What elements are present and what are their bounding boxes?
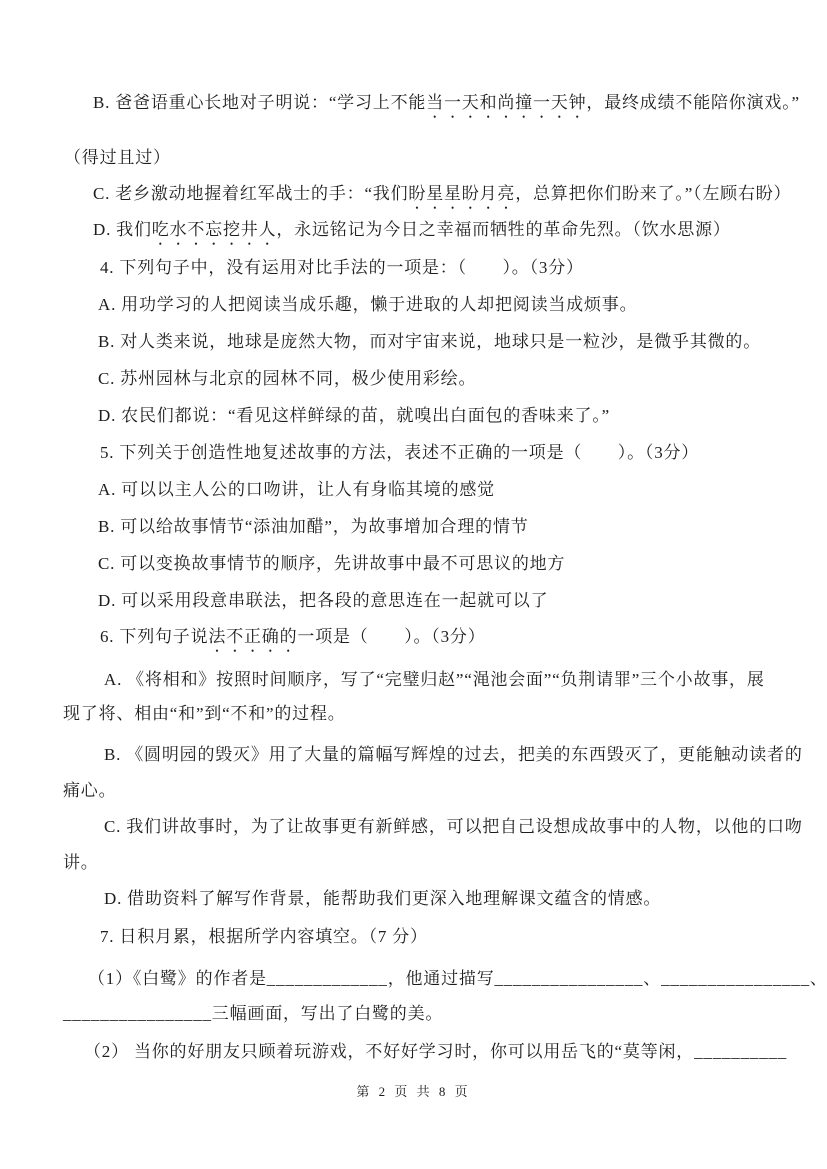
q5-option-c: C. 可以变换故事情节的顺序，先讲故事中最不可思议的地方 <box>98 553 565 575</box>
q7-item1-line1: （1）《白鹭》的作者是_____________，他通过描写__________… <box>88 968 827 990</box>
text-segment: A. 用功学习的人把阅读当成乐趣，懒于进取的人却把阅读当成烦事。 <box>98 295 637 314</box>
text-segment: D. 可以采用段意串联法，把各段的意思连在一起就可以了 <box>98 591 548 610</box>
emphasized-segment: 当一天和尚撞一天钟 <box>426 93 586 118</box>
text-segment: ，永远铭记为今日之幸福而牺牲的革命先烈。（饮水思源） <box>276 220 730 239</box>
text-segment: （得过且过） <box>64 148 171 167</box>
q4-option-a: A. 用功学习的人把阅读当成乐趣，懒于进取的人却把阅读当成烦事。 <box>98 294 637 316</box>
text-segment: B. 可以给故事情节“添油加醋”，为故事增加合理的情节 <box>98 517 529 536</box>
q4-option-c: C. 苏州园林与北京的园林不同，极少使用彩绘。 <box>98 368 476 390</box>
exam-paper-page: B. 爸爸语重心长地对子明说：“学习上不能当一天和尚撞一天钟，最终成绩不能陪你演… <box>0 0 827 1169</box>
q3-option-d: D. 我们吃水不忘挖井人，永远铭记为今日之幸福而牺牲的革命先烈。（饮水思源） <box>93 219 731 249</box>
q5-option-d: D. 可以采用段意串联法，把各段的意思连在一起就可以了 <box>98 590 548 612</box>
q3-option-b-line2: （得过且过） <box>64 147 171 169</box>
text-segment: （1）《白鹭》的作者是_____________，他通过描写__________… <box>88 969 827 988</box>
q3-option-b-line1: B. 爸爸语重心长地对子明说：“学习上不能当一天和尚撞一天钟，最终成绩不能陪你演… <box>93 92 800 122</box>
text-segment: C. 我们讲故事时，为了让故事更有新鲜感，可以把自己设想成故事中的人物，以他的口… <box>104 817 803 836</box>
q7-item2: （2） 当你的好朋友只顾着玩游戏，不好好学习时，你可以用岳飞的“莫等闲，____… <box>84 1041 787 1063</box>
text-segment: ，最终成绩不能陪你演戏。” <box>586 93 799 112</box>
text-segment: C. 苏州园林与北京的园林不同，极少使用彩绘。 <box>98 369 476 388</box>
q4-option-b: B. 对人类来说，地球是庞然大物，而对宇宙来说，地球只是一粒沙，是微乎其微的。 <box>98 331 761 353</box>
emphasized-segment: 吃水不忘挖井人 <box>152 220 277 245</box>
text-segment: 一项是（ ）。（3分） <box>297 627 485 646</box>
q7-stem: 7. 日积月累，根据所学内容填空。（7 分） <box>100 926 428 948</box>
text-segment: A. 可以以主人公的口吻讲，让人有身临其境的感觉 <box>98 480 495 499</box>
q4-stem: 4. 下列句子中，没有运用对比手法的一项是：（ ）。（3分） <box>100 257 584 279</box>
text-segment: D. 借助资料了解写作背景，能帮助我们更深入地理解课文蕴含的情感。 <box>104 889 661 908</box>
q6-option-a-line2: 现了将、相由“和”到“不和”的过程。 <box>63 703 346 725</box>
emphasized-segment: 法不正确的 <box>208 627 297 652</box>
q5-stem: 5. 下列关于创造性地复述故事的方法，表述不正确的一项是（ ）。（3分） <box>100 442 699 464</box>
q3-option-c: C. 老乡激动地握着红军战士的手：“我们盼星星盼月亮，总算把你们盼来了。”（左顾… <box>93 183 791 213</box>
text-segment: C. 老乡激动地握着红军战士的手：“我们 <box>93 184 408 203</box>
text-segment: 6. 下列句子说 <box>100 627 208 646</box>
q6-stem: 6. 下列句子说法不正确的一项是（ ）。（3分） <box>100 626 486 656</box>
text-segment: 现了将、相由“和”到“不和”的过程。 <box>63 704 346 723</box>
page-footer: 第 2 页 共 8 页 <box>0 1081 827 1100</box>
text-segment: A. 《将相和》按照时间顺序，写了“完璧归赵”“渑池会面”“负荆请罪”三个小故事… <box>104 670 765 689</box>
q7-item1-line2: ________________三幅画面，写出了白鹭的美。 <box>63 1003 443 1025</box>
text-segment: 4. 下列句子中，没有运用对比手法的一项是：（ ）。（3分） <box>100 258 584 277</box>
text-segment: 痛心。 <box>63 781 116 800</box>
text-segment: （2） 当你的好朋友只顾着玩游戏，不好好学习时，你可以用岳飞的“莫等闲，____… <box>84 1042 787 1061</box>
q4-option-d: D. 农民们都说：“看见这样鲜绿的苗，就嗅出白面包的香味来了。” <box>98 405 610 427</box>
text-segment: ________________三幅画面，写出了白鹭的美。 <box>63 1004 443 1023</box>
q6-option-c-line1: C. 我们讲故事时，为了让故事更有新鲜感，可以把自己设想成故事中的人物，以他的口… <box>104 816 803 838</box>
text-segment: C. 可以变换故事情节的顺序，先讲故事中最不可思议的地方 <box>98 554 565 573</box>
q6-option-c-line2: 讲。 <box>63 852 99 874</box>
text-segment: B. 爸爸语重心长地对子明说：“学习上不能 <box>93 93 426 112</box>
q5-option-a: A. 可以以主人公的口吻讲，让人有身临其境的感觉 <box>98 479 495 501</box>
q5-option-b: B. 可以给故事情节“添油加醋”，为故事增加合理的情节 <box>98 516 529 538</box>
text-segment: D. 我们 <box>93 220 152 239</box>
text-segment: B. 对人类来说，地球是庞然大物，而对宇宙来说，地球只是一粒沙，是微乎其微的。 <box>98 332 761 351</box>
q6-option-b-line1: B. 《圆明园的毁灭》用了大量的篇幅写辉煌的过去，把美的东西毁灭了，更能触动读者… <box>104 744 803 766</box>
text-segment: 5. 下列关于创造性地复述故事的方法，表述不正确的一项是（ ）。（3分） <box>100 443 699 462</box>
text-segment: D. 农民们都说：“看见这样鲜绿的苗，就嗅出白面包的香味来了。” <box>98 406 610 425</box>
text-segment: 7. 日积月累，根据所学内容填空。（7 分） <box>100 927 428 946</box>
q6-option-d: D. 借助资料了解写作背景，能帮助我们更深入地理解课文蕴含的情感。 <box>104 888 661 910</box>
text-segment: ，总算把你们盼来了。”（左顾右盼） <box>515 184 791 203</box>
text-segment: B. 《圆明园的毁灭》用了大量的篇幅写辉煌的过去，把美的东西毁灭了，更能触动读者… <box>104 745 803 764</box>
q6-option-a-line1: A. 《将相和》按照时间顺序，写了“完璧归赵”“渑池会面”“负荆请罪”三个小故事… <box>104 669 765 691</box>
emphasized-segment: 盼星星盼月亮 <box>408 184 515 209</box>
text-segment: 讲。 <box>63 853 99 872</box>
q6-option-b-line2: 痛心。 <box>63 780 116 802</box>
